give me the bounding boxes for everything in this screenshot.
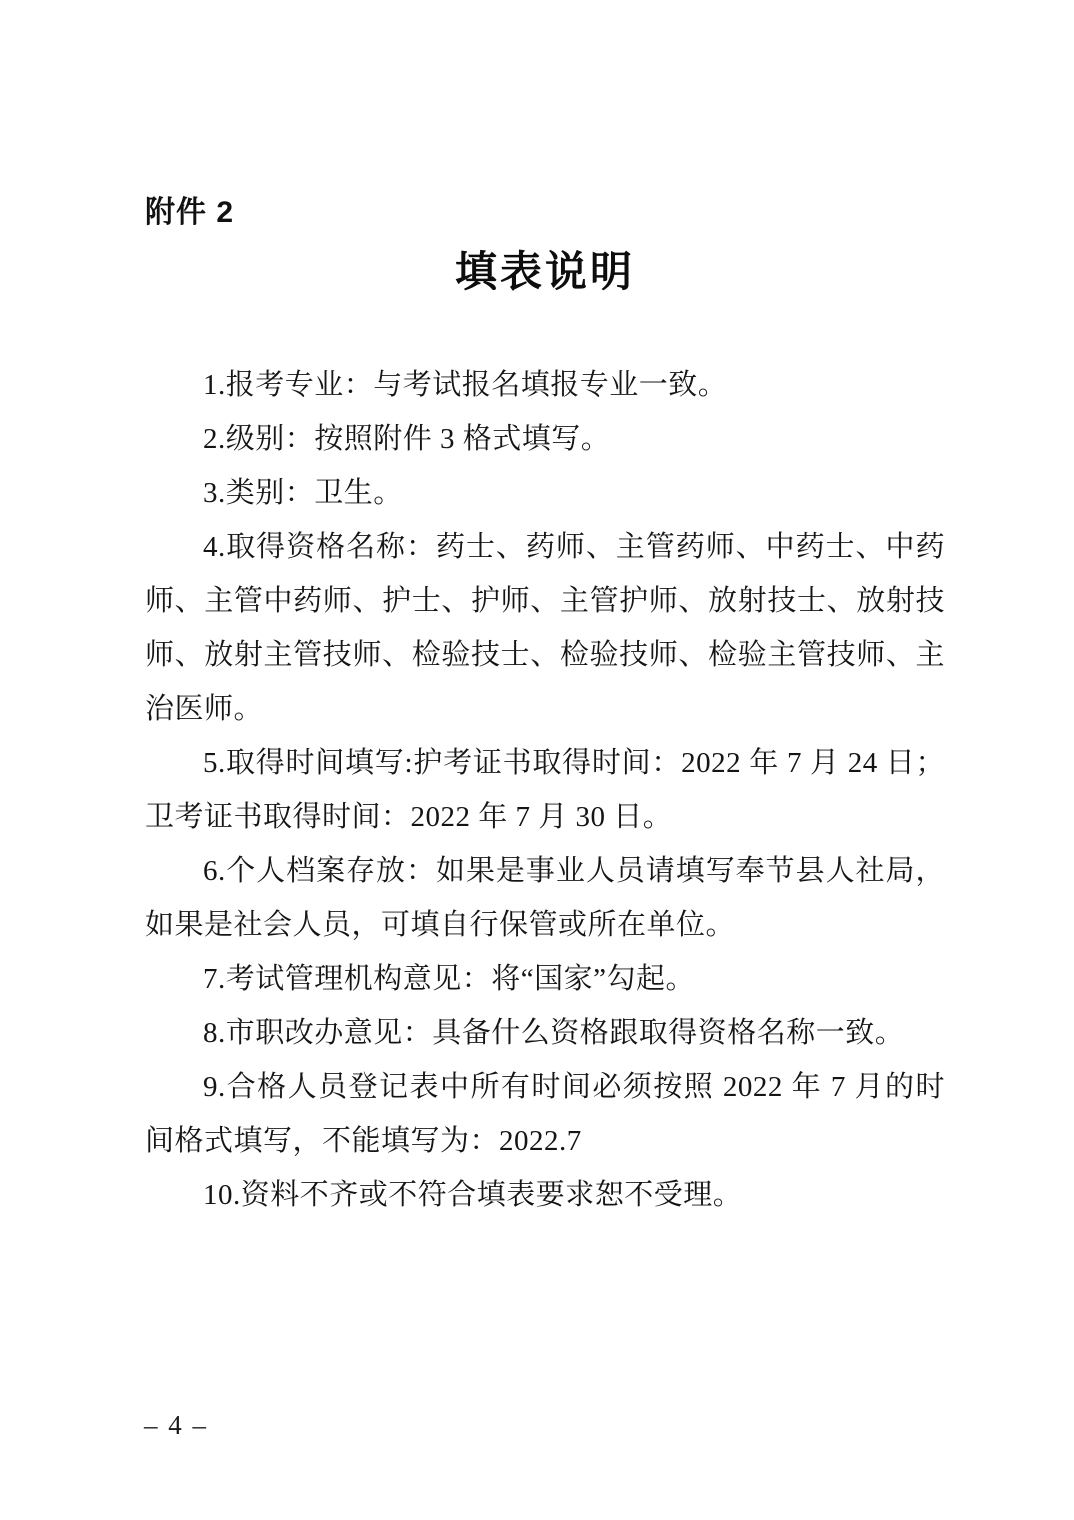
- instruction-item-5: 5.取得时间填写:护考证书取得时间：2022 年 7 月 24 日；卫考证书取得…: [145, 736, 945, 844]
- document-body: 1.报考专业：与考试报名填报专业一致。 2.级别：按照附件 3 格式填写。 3.…: [145, 358, 945, 1222]
- instruction-item-9: 9.合格人员登记表中所有时间必须按照 2022 年 7 月的时间格式填写，不能填…: [145, 1060, 945, 1168]
- instruction-item-7: 7.考试管理机构意见：将“国家”勾起。: [145, 952, 945, 1006]
- instruction-item-10: 10.资料不齐或不符合填表要求恕不受理。: [145, 1168, 945, 1222]
- instruction-item-3: 3.类别：卫生。: [145, 466, 945, 520]
- page-number: – 4 –: [144, 1408, 208, 1442]
- document-page: 附件 2 填表说明 1.报考专业：与考试报名填报专业一致。 2.级别：按照附件 …: [0, 0, 1074, 1520]
- instruction-item-6: 6.个人档案存放：如果是事业人员请填写奉节县人社局，如果是社会人员，可填自行保管…: [145, 844, 945, 952]
- page-title: 填表说明: [145, 246, 945, 300]
- instruction-item-2: 2.级别：按照附件 3 格式填写。: [145, 412, 945, 466]
- instruction-item-4: 4.取得资格名称：药士、药师、主管药师、中药士、中药师、主管中药师、护士、护师、…: [145, 520, 945, 736]
- attachment-label: 附件 2: [145, 194, 234, 232]
- instruction-item-8: 8.市职改办意见：具备什么资格跟取得资格名称一致。: [145, 1006, 945, 1060]
- instruction-item-1: 1.报考专业：与考试报名填报专业一致。: [145, 358, 945, 412]
